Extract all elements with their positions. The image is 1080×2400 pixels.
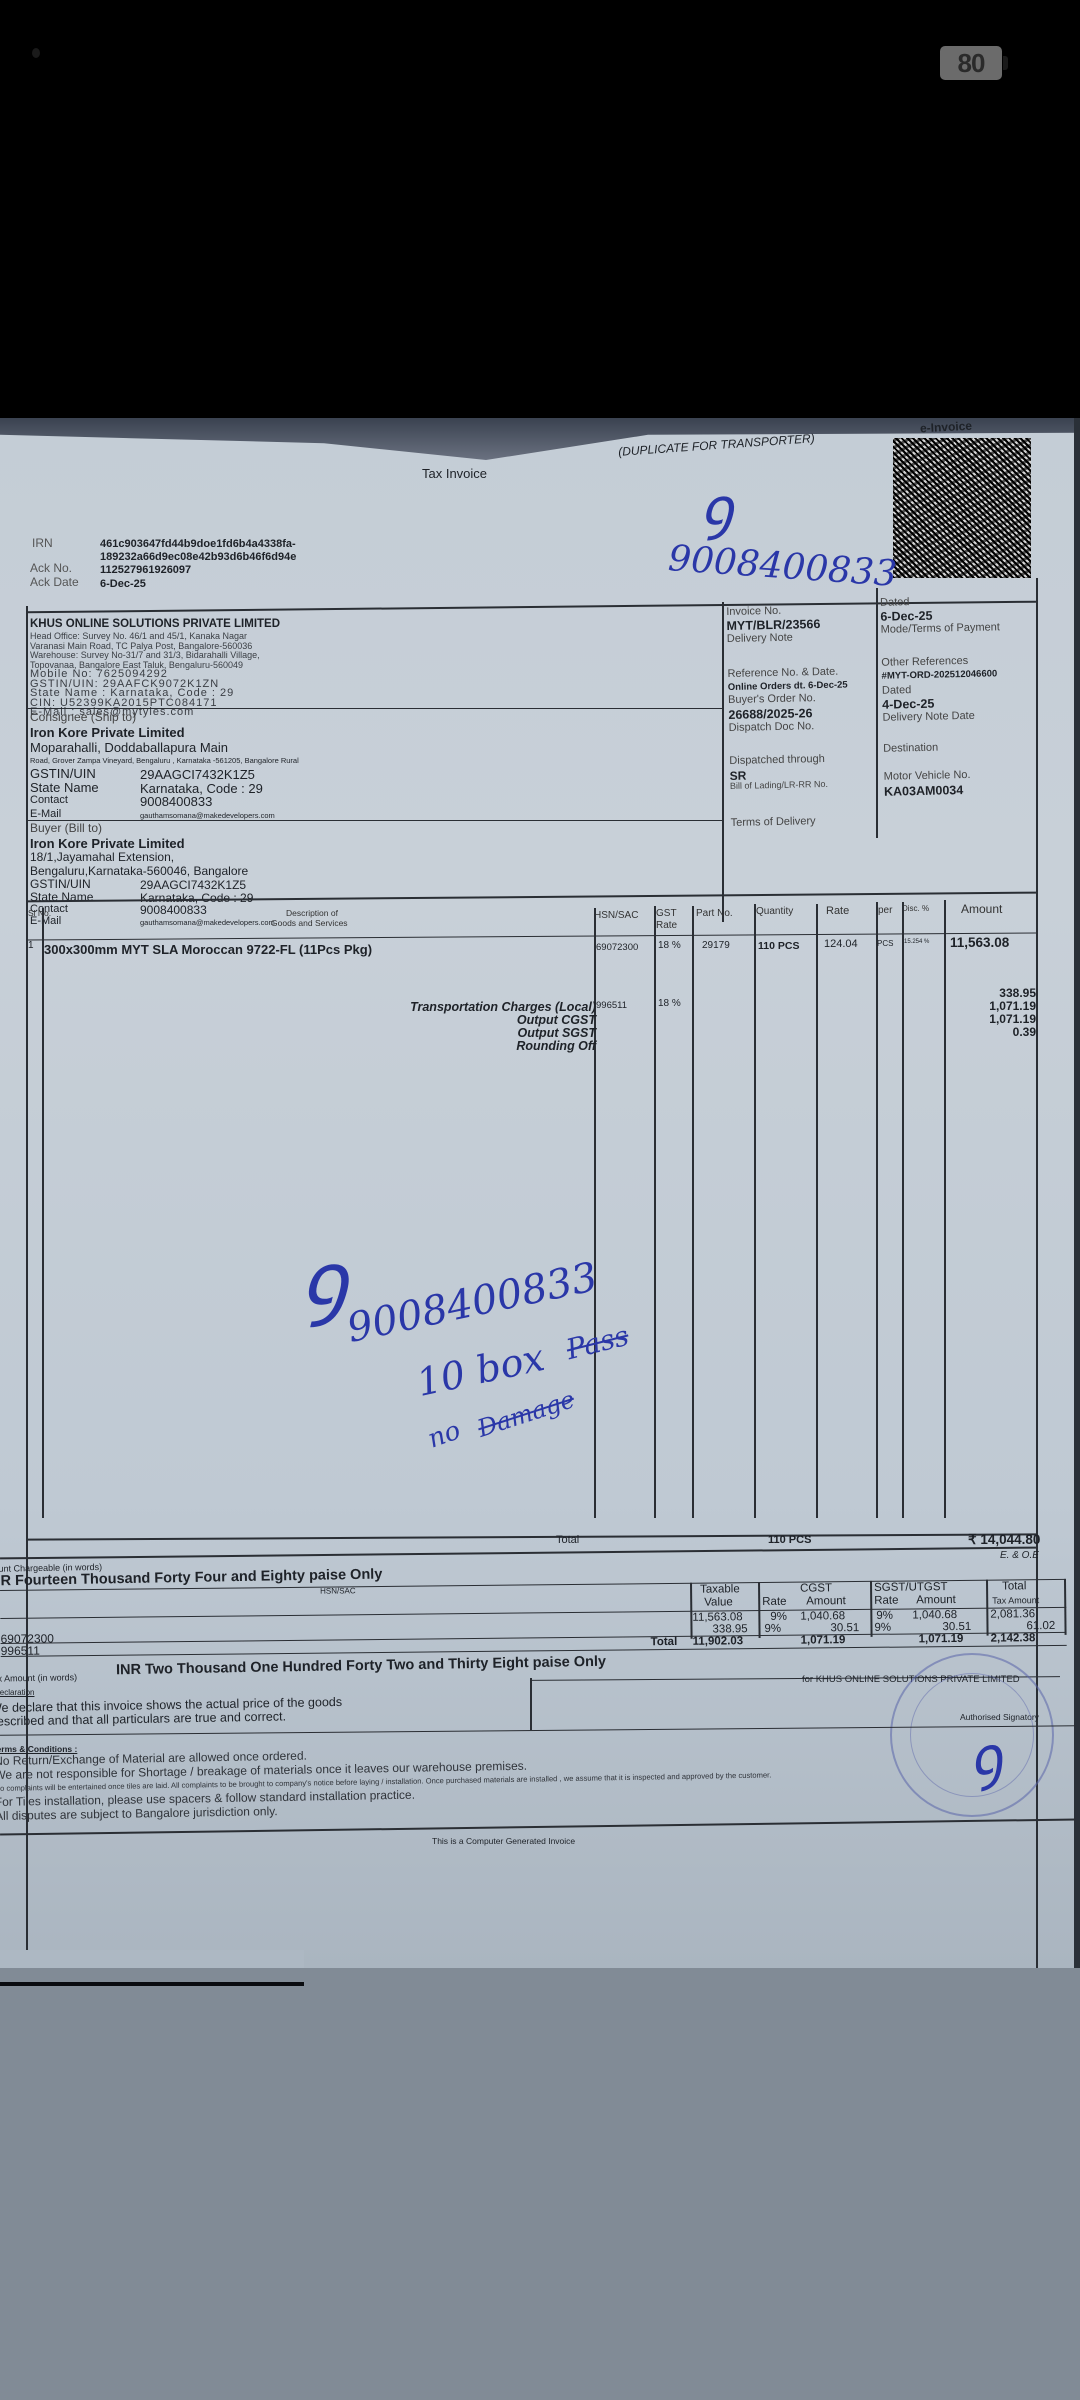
tax-row-cgst-rate: 9% — [764, 1623, 781, 1635]
invoice-no-label: Invoice No. — [726, 605, 781, 618]
tax-row-taxable: 338.95 — [712, 1623, 747, 1635]
battery-level: 80 — [958, 48, 985, 78]
handwritten-box-note: 10 box — [413, 1335, 548, 1405]
col-hsn: HSN/SAC — [594, 910, 638, 921]
buyer-order-dated-value: 4-Dec-25 — [882, 697, 934, 712]
charge-transport-gst: 18 % — [658, 998, 681, 1009]
tax-total-cgst: 1,071.19 — [801, 1634, 846, 1646]
col-sl: Sl No. — [28, 908, 51, 918]
charge-rounding-amount: 0.39 — [1013, 1025, 1036, 1039]
qr-code — [893, 438, 1031, 578]
tax-invoice-document: Tax Invoice (DUPLICATE FOR TRANSPORTER) … — [0, 418, 1080, 1968]
row-hsn: 69072300 — [596, 942, 638, 953]
col-description-2: Goods and Services — [271, 918, 348, 928]
payment-terms-label: Mode/Terms of Payment — [881, 621, 1000, 635]
buyer-heading: Buyer (Bill to) — [30, 821, 102, 835]
tax-row-total: 2,081.36 — [990, 1608, 1035, 1620]
eoe-label: E. & O.E — [1000, 1550, 1039, 1561]
row-per: PCS — [877, 939, 893, 948]
consignee-contact-label: Contact — [30, 794, 68, 806]
tax-col-cgst-rate: Rate — [762, 1596, 786, 1608]
tax-col-sgst-rate: Rate — [874, 1595, 898, 1607]
tax-col-total-2: Tax Amount — [992, 1595, 1039, 1605]
tax-total-sgst: 1,071.19 — [919, 1633, 964, 1645]
row-qty: 110 PCS — [758, 940, 799, 952]
col-amount: Amount — [961, 902, 1002, 916]
tax-col-cgst-amount: Amount — [806, 1595, 846, 1607]
tax-row-taxable: 11,563.08 — [692, 1611, 742, 1624]
row-description: 300x300mm MYT SLA Moroccan 9722-FL (11Pc… — [44, 942, 372, 957]
consignee-address-2: Road, Grover Zampa Vineyard, Bengaluru ,… — [30, 756, 299, 765]
tax-total-amount: 2,142.38 — [991, 1632, 1036, 1644]
seller-address: Head Office: Survey No. 46/1 and 45/1, K… — [30, 632, 260, 718]
other-references-label: Other References — [881, 655, 968, 669]
charge-cgst-label: Output CGST — [517, 1013, 596, 1027]
terms-of-delivery-label: Terms of Delivery — [731, 815, 816, 829]
items-total-amount: ₹ 14,044.80 — [968, 1532, 1040, 1548]
dispatch-doc-label: Dispatch Doc No. — [729, 720, 815, 734]
handwritten-struck-damage: Damage — [474, 1385, 578, 1443]
tax-words-label: Tax Amount (in words) — [0, 1672, 77, 1684]
reference-value: Online Orders dt. 6-Dec-25 — [728, 679, 848, 693]
charge-rounding-label: Rounding Off — [516, 1039, 596, 1053]
tax-total-label: Total — [651, 1636, 678, 1648]
consignee-heading: Consignee (Ship to) — [30, 710, 136, 724]
col-quantity: Quantity — [756, 906, 793, 917]
tax-col-cgst: CGST — [800, 1582, 832, 1594]
tax-col-total: Total — [1002, 1580, 1026, 1592]
buyer-gstin: 29AAGCI7432K1Z5 — [140, 878, 246, 892]
handwritten-signature-mid: ꝯ — [300, 1223, 347, 1332]
row-part: 29179 — [702, 940, 730, 951]
dispatched-through-label: Dispatched through — [729, 753, 825, 767]
tax-total-taxable: 11,902.03 — [693, 1635, 744, 1648]
irn-label: IRN — [32, 536, 53, 550]
tax-row-cgst-rate: 9% — [770, 1611, 787, 1623]
consignee-email: gauthamsomana@makedevelopers.com — [140, 811, 275, 820]
col-per: per — [878, 905, 892, 916]
tax-col-taxable-2: Value — [704, 1596, 733, 1608]
tax-row-cgst-amt: 30.51 — [830, 1622, 859, 1634]
buyer-address-2: Bengaluru,Karnataka-560046, Bangalore — [30, 864, 248, 878]
buyer-address-1: 18/1,Jayamahal Extension, — [30, 850, 174, 864]
tax-row-total: 61.02 — [1026, 1620, 1055, 1632]
charge-transport-hsn: 996511 — [596, 1000, 627, 1011]
consignee-name: Iron Kore Private Limited — [30, 725, 185, 740]
handwritten-no: no — [424, 1415, 465, 1454]
invoice-title: Tax Invoice — [422, 466, 487, 481]
col-gst: GST — [656, 908, 677, 919]
einvoice-label: e-Invoice — [920, 419, 973, 436]
declaration-label: Declaration — [0, 1688, 34, 1697]
vehicle-label: Motor Vehicle No. — [884, 769, 971, 783]
seller-name: KHUS ONLINE SOLUTIONS PRIVATE LIMITED — [30, 618, 280, 630]
row-disc: 15.254 % — [904, 939, 929, 945]
reference-label: Reference No. & Date. — [727, 666, 838, 680]
buyer-order-dated-label: Dated — [882, 684, 912, 697]
handwritten-phone-top: 9008400833 — [667, 538, 898, 595]
col-part-no: Part No. — [696, 908, 733, 919]
row-gst: 18 % — [658, 940, 681, 951]
consignee-address-1: Moparahalli, Doddaballapura Main — [30, 740, 228, 755]
col-disc: Disc. % — [902, 904, 929, 913]
charge-sgst-label: Output SGST — [518, 1026, 596, 1040]
handwritten-phone-mid: 9008400833 — [343, 1254, 602, 1352]
dated-label: Dated — [880, 596, 910, 609]
col-description: Description of — [286, 908, 338, 918]
footer-note: This is a Computer Generated Invoice — [432, 1836, 575, 1846]
col-gst-rate: Rate — [656, 920, 677, 931]
delivery-note-date-label: Delivery Note Date — [882, 710, 975, 724]
irn-value-1: 461c903647fd44b9doe1fd6b4a4338fa- — [100, 538, 296, 550]
buyer-gstin-label: GSTIN/UIN — [30, 877, 91, 891]
tax-col-taxable: Taxable — [700, 1583, 740, 1595]
other-references-value: #MYT-ORD-202512046600 — [882, 668, 998, 681]
ack-no-value: 112527961926097 — [100, 564, 191, 576]
invoice-no: MYT/BLR/23566 — [726, 617, 820, 633]
battery-icon: 80 — [940, 46, 1002, 80]
tax-col-sgst-amount: Amount — [916, 1594, 956, 1606]
consignee-contact: 9008400833 — [140, 794, 212, 809]
crop-handle[interactable] — [0, 1982, 304, 1986]
tax-row-sgst-rate: 9% — [876, 1610, 893, 1622]
dated-value: 6-Dec-25 — [880, 609, 932, 624]
items-total-label: Total — [556, 1534, 579, 1546]
tax-row-sgst-rate: 9% — [874, 1622, 891, 1634]
buyer-order-label: Buyer's Order No. — [728, 692, 816, 706]
tax-col-hsn: HSN/SAC — [320, 1586, 356, 1595]
viewer-background — [0, 1968, 1080, 2400]
items-total-qty: 110 PCS — [768, 1534, 811, 1546]
invoice-photo[interactable]: Tax Invoice (DUPLICATE FOR TRANSPORTER) … — [0, 418, 1080, 1968]
row-amount: 11,563.08 — [950, 935, 1009, 950]
delivery-note-label: Delivery Note — [727, 632, 793, 645]
tax-row-cgst-amt: 1,040.68 — [800, 1610, 845, 1622]
handwritten-signature-top: ꝯ — [700, 468, 733, 544]
consignee-gstin: 29AAGCI7432K1Z5 — [140, 767, 255, 782]
handwritten-struck-pass: Pass — [563, 1319, 632, 1366]
ack-no-label: Ack No. — [30, 561, 72, 575]
destination-label: Destination — [883, 742, 938, 755]
invoice-meta: Invoice No. MYT/BLR/23566 Dated 6-Dec-25… — [726, 594, 1036, 600]
camera-cutout — [32, 48, 40, 58]
col-rate: Rate — [826, 905, 849, 917]
irn-value-2: 189232a66d9ec08e42b93d6b46f6d94e — [100, 551, 296, 563]
ack-date-value: 6-Dec-25 — [100, 578, 146, 590]
items-table-header: Sl No. Description of Goods and Services… — [26, 908, 1036, 930]
ack-date-label: Ack Date — [30, 575, 79, 589]
consignee-gstin-label: GSTIN/UIN — [30, 766, 96, 781]
tax-col-sgst: SGST/UTGST — [874, 1581, 948, 1594]
buyer-name: Iron Kore Private Limited — [30, 836, 185, 851]
consignee-state-label: State Name — [30, 780, 99, 795]
consignee-email-label: E-Mail — [30, 808, 61, 820]
tax-words: INR Two Thousand One Hundred Forty Two a… — [116, 1654, 606, 1679]
copy-label: (DUPLICATE FOR TRANSPORTER) — [618, 431, 815, 459]
buyer-state-label: State Name — [30, 890, 93, 904]
charge-sgst-amount: 1,071.19 — [989, 1012, 1036, 1026]
charge-cgst-amount: 1,071.19 — [989, 999, 1036, 1013]
vehicle-value: KA03AM0034 — [884, 783, 963, 799]
tax-row-sgst-amt: 30.51 — [942, 1621, 971, 1633]
row-rate: 124.04 — [824, 938, 858, 950]
row-sl: 1 — [28, 940, 34, 951]
tax-row-sgst-amt: 1,040.68 — [912, 1609, 957, 1621]
charge-transport-amount: 338.95 — [999, 986, 1036, 1000]
charge-transport-label: Transportation Charges (Local) — [410, 1000, 596, 1014]
bill-of-lading-label: Bill of Lading/LR-RR No. — [730, 779, 828, 791]
